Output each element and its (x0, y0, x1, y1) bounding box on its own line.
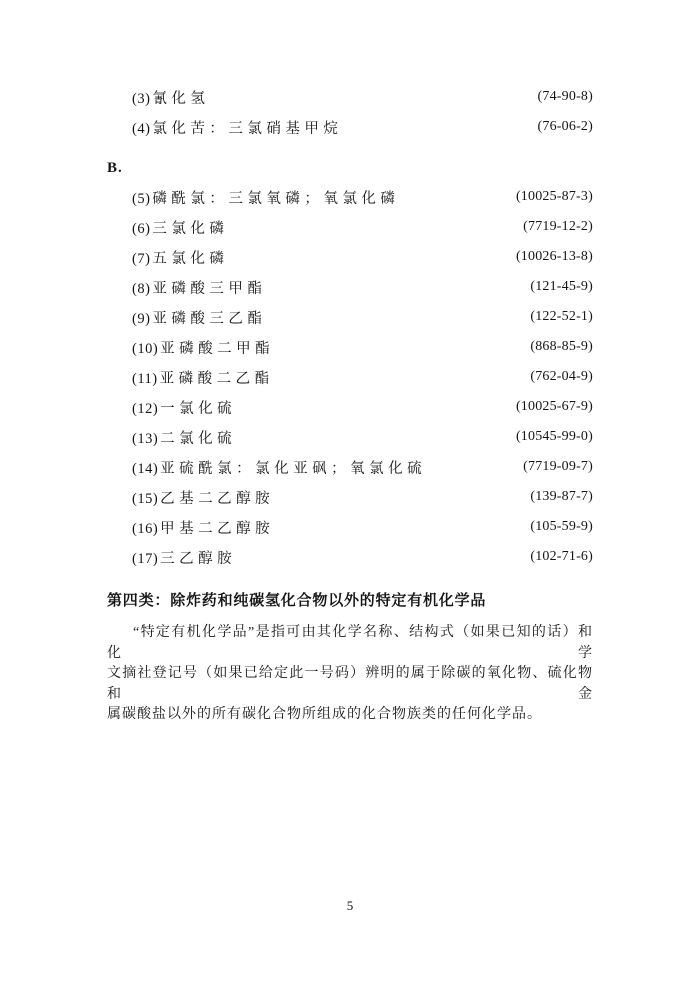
category4-definition-paragraph: “特定有机化学品”是指可由其化学名称、结构式（如果已知的话）和化学 文摘社登记号… (107, 623, 593, 726)
page-number: 5 (0, 898, 700, 914)
chemical-item-row: (3)氰化氢 (74-90-8) (107, 82, 593, 112)
cas-number: (122-52-1) (530, 309, 593, 325)
chemical-name-text: 三氯化磷 (152, 221, 228, 237)
cas-number: (10025-87-3) (516, 189, 593, 205)
part-b-label: B. (107, 154, 593, 182)
cas-number: (74-90-8) (538, 89, 593, 105)
item-number: (3) (132, 91, 152, 107)
document-page: (3)氰化氢 (74-90-8) (4)氯化苦：三氯硝基甲烷 (76-06-2)… (0, 0, 700, 990)
chemical-name: (3)氰化氢 (132, 87, 209, 108)
chemical-name-text: 乙基二乙醇胺 (160, 491, 274, 507)
cas-number: (868-85-9) (530, 339, 593, 355)
cas-number: (7719-09-7) (523, 459, 593, 475)
item-number: (6) (132, 221, 152, 237)
chemical-name-text: 氯化苦：三氯硝基甲烷 (152, 121, 342, 137)
chemical-item-row: (16)甲基二乙醇胺 (105-59-9) (107, 512, 593, 542)
item-number: (9) (132, 311, 152, 327)
chemical-name-text: 亚硫酰氯：氯化亚砜；氧氯化硫 (160, 461, 426, 477)
item-number: (8) (132, 281, 152, 297)
chemical-name-text: 氰化氢 (152, 91, 209, 107)
item-number: (7) (132, 251, 152, 267)
chemical-name: (7)五氯化磷 (132, 247, 228, 268)
chemical-name-text: 一氯化硫 (160, 401, 236, 417)
chemical-name: (15)乙基二乙醇胺 (132, 487, 274, 508)
category4-heading: 第四类：除炸药和纯碳氢化合物以外的特定有机化学品 (107, 589, 593, 613)
cas-number: (7719-12-2) (523, 219, 593, 235)
chemical-item-row: (4)氯化苦：三氯硝基甲烷 (76-06-2) (107, 112, 593, 142)
item-number: (13) (132, 431, 160, 447)
chemical-name: (12)一氯化硫 (132, 397, 236, 418)
chemical-name: (17)三乙醇胺 (132, 547, 236, 568)
paragraph-line: “特定有机化学品”是指可由其化学名称、结构式（如果已知的话）和化学 (107, 623, 593, 664)
cas-number: (762-04-9) (530, 369, 593, 385)
paragraph-line: 属碳酸盐以外的所有碳化合物所组成的化合物族类的任何化学品。 (107, 705, 593, 726)
chemical-name-text: 亚磷酸二甲酯 (160, 341, 274, 357)
cas-number: (139-87-7) (530, 489, 593, 505)
chemical-name: (6)三氯化磷 (132, 217, 228, 238)
paragraph-line: 文摘社登记号（如果已给定此一号码）辨明的属于除碳的氧化物、硫化物和金 (107, 664, 593, 705)
chemical-item-row: (9)亚磷酸三乙酯 (122-52-1) (107, 302, 593, 332)
chemical-name-text: 磷酰氯：三氯氧磷；氧氯化磷 (152, 191, 399, 207)
chemical-item-row: (7)五氯化磷 (10026-13-8) (107, 242, 593, 272)
chemical-name: (9)亚磷酸三乙酯 (132, 307, 266, 328)
chemical-name-text: 亚磷酸三乙酯 (152, 311, 266, 327)
item-number: (16) (132, 521, 160, 537)
item-number: (17) (132, 551, 160, 567)
chemical-name-text: 亚磷酸三甲酯 (152, 281, 266, 297)
chemical-item-row: (11)亚磷酸二乙酯 (762-04-9) (107, 362, 593, 392)
chemical-name-text: 二氯化硫 (160, 431, 236, 447)
page-content: (3)氰化氢 (74-90-8) (4)氯化苦：三氯硝基甲烷 (76-06-2)… (107, 0, 593, 726)
top-margin (107, 0, 593, 82)
chemical-name: (8)亚磷酸三甲酯 (132, 277, 266, 298)
item-number: (5) (132, 191, 152, 207)
chemical-name: (4)氯化苦：三氯硝基甲烷 (132, 117, 342, 138)
chemical-name-text: 三乙醇胺 (160, 551, 236, 567)
cas-number: (10545-99-0) (516, 429, 593, 445)
chemical-item-row: (8)亚磷酸三甲酯 (121-45-9) (107, 272, 593, 302)
cas-number: (105-59-9) (530, 519, 593, 535)
cas-number: (121-45-9) (530, 279, 593, 295)
chemical-item-row: (14)亚硫酰氯：氯化亚砜；氧氯化硫 (7719-09-7) (107, 452, 593, 482)
chemical-name-text: 亚磷酸二乙酯 (160, 371, 274, 387)
item-number: (14) (132, 461, 160, 477)
chemical-item-row: (5)磷酰氯：三氯氧磷；氧氯化磷 (10025-87-3) (107, 182, 593, 212)
chemical-item-row: (6)三氯化磷 (7719-12-2) (107, 212, 593, 242)
item-number: (15) (132, 491, 160, 507)
item-number: (10) (132, 341, 160, 357)
chemical-name: (14)亚硫酰氯：氯化亚砜；氧氯化硫 (132, 457, 426, 478)
chemical-name: (13)二氯化硫 (132, 427, 236, 448)
item-number: (12) (132, 401, 160, 417)
chemical-name-text: 五氯化磷 (152, 251, 228, 267)
chemical-item-row: (13)二氯化硫 (10545-99-0) (107, 422, 593, 452)
chemical-name: (16)甲基二乙醇胺 (132, 517, 274, 538)
chemical-item-row: (17)三乙醇胺 (102-71-6) (107, 542, 593, 572)
chemical-item-row: (15)乙基二乙醇胺 (139-87-7) (107, 482, 593, 512)
item-number: (11) (132, 371, 160, 387)
chemical-name: (5)磷酰氯：三氯氧磷；氧氯化磷 (132, 187, 399, 208)
chemical-item-row: (12)一氯化硫 (10025-67-9) (107, 392, 593, 422)
chemical-name-text: 甲基二乙醇胺 (160, 521, 274, 537)
chemical-item-row: (10)亚磷酸二甲酯 (868-85-9) (107, 332, 593, 362)
cas-number: (76-06-2) (538, 119, 593, 135)
cas-number: (102-71-6) (530, 549, 593, 565)
item-number: (4) (132, 121, 152, 137)
cas-number: (10026-13-8) (516, 249, 593, 265)
chemical-name: (11)亚磷酸二乙酯 (132, 367, 274, 388)
cas-number: (10025-67-9) (516, 399, 593, 415)
chemical-name: (10)亚磷酸二甲酯 (132, 337, 274, 358)
